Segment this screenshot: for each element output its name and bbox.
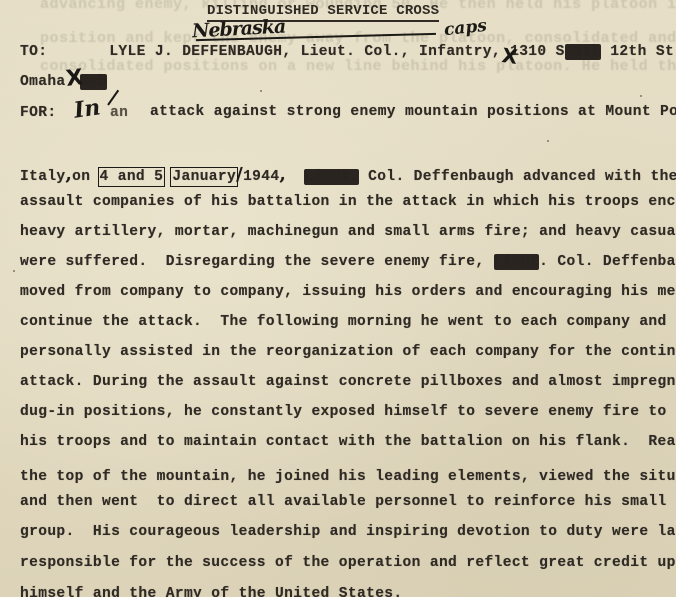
line-text: and then went to direct all available pe… — [20, 494, 676, 510]
paper-speck — [547, 140, 549, 142]
citation-line: and then went to direct all available pe… — [20, 494, 676, 510]
struck-word: Lieut — [494, 254, 540, 270]
line-text: 1944 — [243, 169, 279, 185]
to-label: TO: — [20, 44, 47, 60]
line-text: were suffered. Disregarding the severe e… — [20, 254, 494, 270]
for-label-line: FOR: — [20, 105, 56, 121]
citation-line: personally assisted in the reorganizatio… — [20, 344, 676, 360]
line-text — [286, 169, 304, 185]
recipient-branch: Infantry, — [419, 44, 501, 60]
for-struck-word: an — [110, 105, 128, 121]
recipient-city: Omaha — [20, 74, 66, 90]
line-text: heavy artillery, mortar, machinegun and … — [20, 224, 676, 240]
paper-speck — [13, 270, 15, 272]
citation-line: dug-in positions, he constantly exposed … — [20, 404, 676, 420]
line-text: personally assisted in the reorganizatio… — [20, 344, 676, 360]
line-text: attack against strong enemy mountain pos… — [150, 104, 676, 120]
city-line: OmahaNeb — [20, 74, 107, 90]
to-line: TO:LYLE J. DEFFENBAUGH, Lieut. Col., Inf… — [20, 44, 676, 60]
paper-speck — [640, 95, 642, 97]
line-text: assault companies of his battalion in th… — [20, 194, 676, 210]
citation-line: group. His courageous leadership and ins… — [20, 524, 676, 540]
address-struck-word: outh — [565, 44, 601, 60]
address-street: 12th St., — [610, 44, 676, 60]
citation-line: attack against strong enemy mountain pos… — [150, 104, 676, 120]
recipient-rank: Lieut. Col., — [301, 44, 410, 60]
citation-line: moved from company to company, issuing h… — [20, 284, 676, 300]
line-text: on — [72, 169, 99, 185]
for-label: FOR: — [20, 105, 56, 121]
citation-line: Italy,on 4 and 5 January/1944, Lieut. Co… — [20, 164, 676, 185]
address-struck-prefix: S — [556, 44, 565, 60]
line-text: his troops and to maintain contact with … — [20, 434, 676, 450]
citation-line: were suffered. Disregarding the severe e… — [20, 254, 676, 270]
citation-line: responsible for the success of the opera… — [20, 555, 676, 571]
handwritten-for-insert: In — [72, 94, 102, 123]
citation-line: heavy artillery, mortar, machinegun and … — [20, 224, 676, 240]
citation-line: assault companies of his battalion in th… — [20, 194, 676, 210]
line-text: continue the attack. The following morni… — [20, 314, 667, 330]
line-text: dug-in positions, he constantly exposed … — [20, 404, 676, 420]
boxed-date: January — [172, 169, 236, 185]
struck-word: Lieut. — [304, 169, 359, 185]
citation-line: his troops and to maintain contact with … — [20, 434, 676, 450]
line-text: moved from company to company, issuing h… — [20, 284, 676, 300]
line-text: attack. During the assault against concr… — [20, 374, 676, 390]
line-text: responsible for the success of the opera… — [20, 555, 676, 571]
citation-line: himself and the Army of the United State… — [20, 586, 403, 597]
line-text — [163, 169, 172, 185]
citation-line: attack. During the assault against concr… — [20, 374, 676, 390]
recipient-name: LYLE J. DEFFENBAUGH, — [109, 44, 291, 60]
handwritten-omaha-mark: X — [65, 65, 84, 92]
bleed-through-line: consolidated positions on a new line beh… — [40, 58, 676, 75]
line-text: Italy — [20, 169, 66, 185]
boxed-date: 4 and 5 — [100, 169, 164, 185]
line-text: himself and the Army of the United State… — [20, 586, 403, 597]
line-text: . Col. Deffenbaugh — [539, 254, 676, 270]
paper-speck — [260, 90, 262, 92]
line-text: group. His courageous leadership and ins… — [20, 524, 676, 540]
line-text: the top of the mountain, he joined his l… — [20, 469, 676, 485]
citation-line: the top of the mountain, he joined his l… — [20, 464, 676, 485]
handwritten-x-mark: X — [500, 43, 519, 69]
line-text: Col. Deffenbaugh advanced with the — [359, 169, 676, 185]
citation-line: continue the attack. The following morni… — [20, 314, 667, 330]
